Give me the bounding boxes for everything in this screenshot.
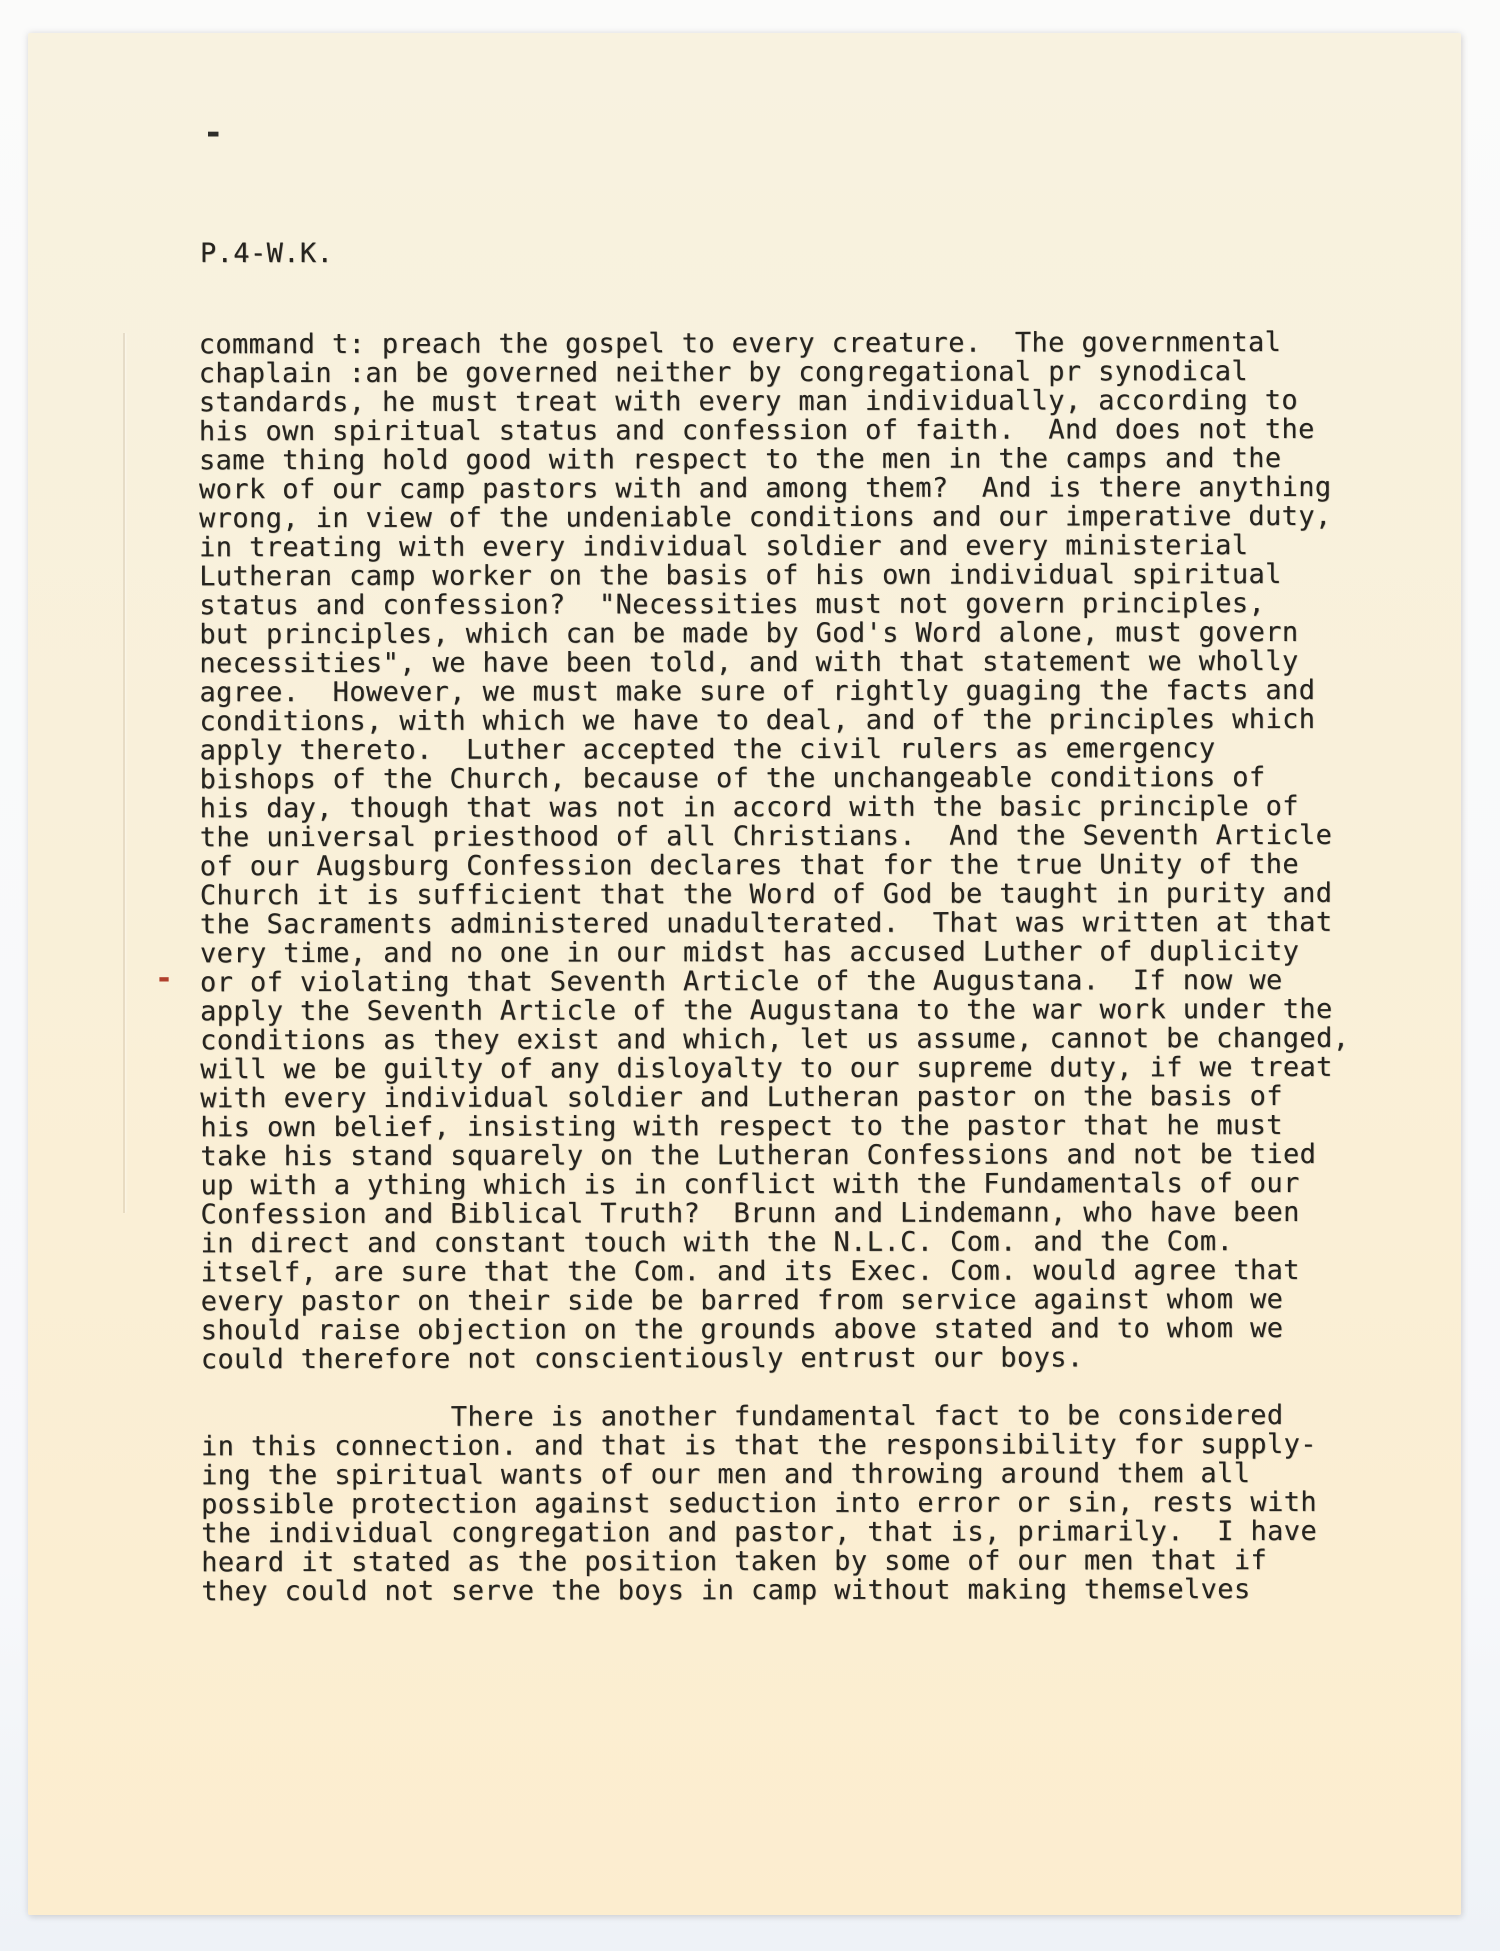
text-line: the universal priesthood of all Christia… (200, 821, 1385, 852)
text-line: status and confession? "Necessities must… (199, 589, 1384, 620)
text-line: his day, though that was not in accord w… (200, 792, 1385, 823)
text-line: Church it is sufficient that the Word of… (200, 879, 1385, 910)
text-line: in direct and constant touch with the N.… (201, 1227, 1386, 1258)
text-line: wrong, in view of the undeniable conditi… (199, 502, 1384, 533)
text-line: Lutheran camp worker on the basis of his… (199, 560, 1384, 591)
text-line: take his stand squarely on the Lutheran … (200, 1140, 1385, 1171)
text-line: of our Augsburg Confession declares that… (200, 850, 1385, 881)
top-dash-mark: - (203, 113, 221, 153)
text-line: ing the spiritual wants of our men and t… (201, 1459, 1386, 1490)
text-line: apply the Seventh Article of the Augusta… (200, 995, 1385, 1026)
text-line: very time, and no one in our midst has a… (200, 937, 1385, 968)
paragraph-1: command t: preach the gospel to every cr… (199, 328, 1386, 1374)
text-line: up with a ything which is in conflict wi… (200, 1169, 1385, 1200)
text-line: bishops of the Church, because of the un… (200, 763, 1385, 794)
scanned-page: - - P.4-W.K. command t: preach the gospe… (28, 33, 1461, 1915)
text-line: will we be guilty of any disloyalty to o… (200, 1053, 1385, 1084)
typed-text-block: command t: preach the gospel to every cr… (199, 328, 1387, 1606)
text-line: same thing hold good with respect to the… (199, 444, 1384, 475)
text-line: heard it stated as the position taken by… (201, 1546, 1386, 1577)
text-line: There is another fundamental fact to be … (201, 1401, 1386, 1432)
text-line: chaplain :an be governed neither by cong… (199, 357, 1384, 388)
text-line: but principles, which can be made by God… (199, 618, 1384, 649)
text-line: the individual congregation and pastor, … (201, 1517, 1386, 1548)
text-line: conditions, with which we have to deal, … (199, 705, 1384, 736)
text-line: work of our camp pastors with and among … (199, 473, 1384, 504)
text-line: his own spiritual status and confession … (199, 415, 1384, 446)
text-line: possible protection against seduction in… (201, 1488, 1386, 1519)
text-line: his own belief, insisting with respect t… (200, 1111, 1385, 1142)
text-line: conditions as they exist and which, let … (200, 1024, 1385, 1055)
text-line: every pastor on their side be barred fro… (201, 1285, 1386, 1316)
text-line: standards, he must treat with every man … (199, 386, 1384, 417)
text-line: command t: preach the gospel to every cr… (199, 328, 1384, 359)
text-line: should raise objection on the grounds ab… (201, 1314, 1386, 1345)
text-line: itself, are sure that the Com. and its E… (201, 1256, 1386, 1287)
text-line: the Sacraments administered unadulterate… (200, 908, 1385, 939)
text-line: agree. However, we must make sure of rig… (199, 676, 1384, 707)
page-number-header: P.4-W.K. (200, 239, 333, 268)
text-line: or of violating that Seventh Article of … (200, 966, 1385, 997)
text-line: with every individual soldier and Luther… (200, 1082, 1385, 1113)
paper-crease (123, 333, 125, 1213)
text-line: could therefore not conscientiously entr… (201, 1343, 1386, 1374)
text-line: in treating with every individual soldie… (199, 531, 1384, 562)
paragraph-2: There is another fundamental fact to be … (201, 1401, 1386, 1606)
text-line: apply thereto. Luther accepted the civil… (200, 734, 1385, 765)
text-line: they could not serve the boys in camp wi… (201, 1575, 1386, 1606)
text-line: necessities", we have been told, and wit… (199, 647, 1384, 678)
text-line: in this connection. and that is that the… (201, 1430, 1386, 1461)
red-margin-mark: - (155, 961, 173, 996)
text-line: Confession and Biblical Truth? Brunn and… (200, 1198, 1385, 1229)
